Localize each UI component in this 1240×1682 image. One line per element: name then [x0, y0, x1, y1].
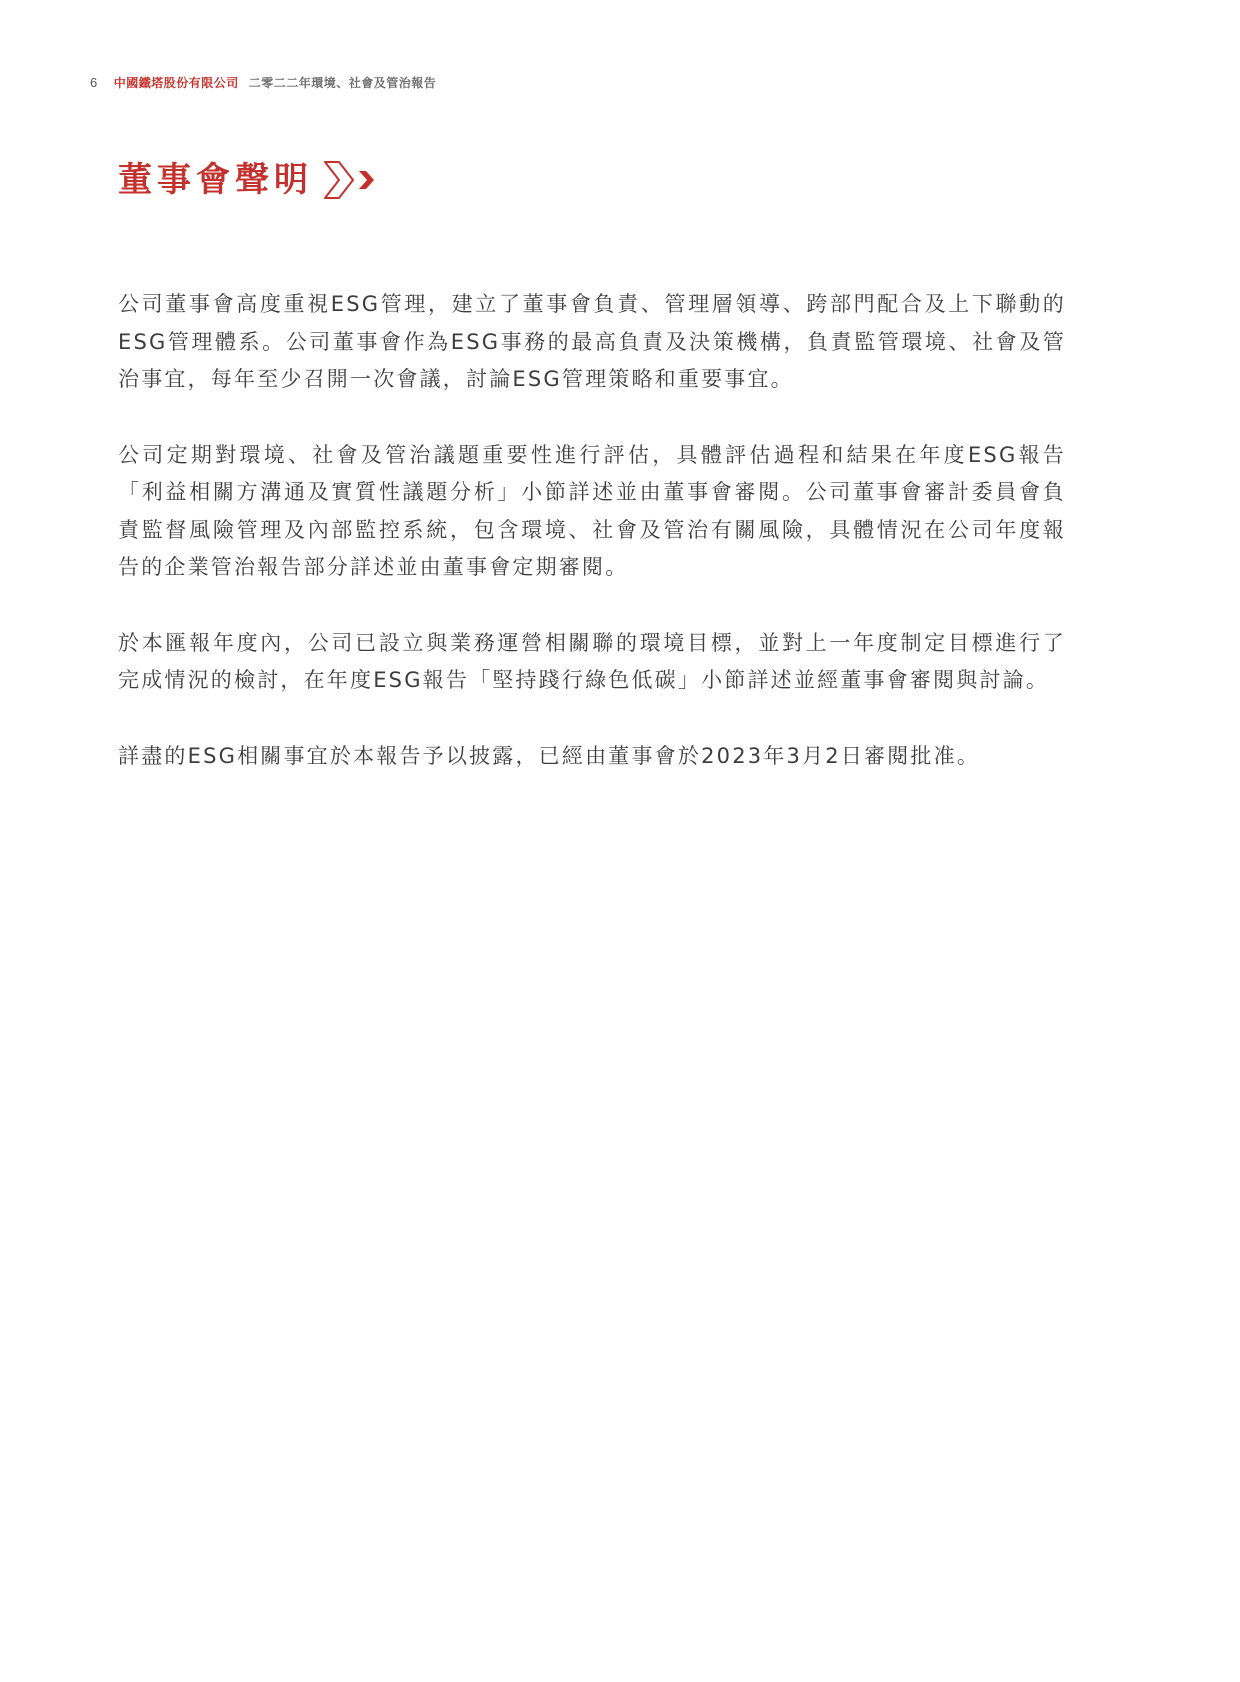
running-header: 6 中國鐵塔股份有限公司 二零二二年環境、社會及管治報告 — [90, 72, 436, 92]
paragraph-materiality-assessment: 公司定期對環境、社會及管治議題重要性進行評估，具體評估過程和結果在年度ESG報告… — [118, 437, 1066, 587]
section-heading: 董事會聲明 — [118, 156, 379, 204]
statement-body: 公司董事會高度重視ESG管理，建立了董事會負責、管理層領導、跨部門配合及上下聯動… — [118, 286, 1066, 813]
company-name: 中國鐵塔股份有限公司 — [114, 74, 239, 91]
paragraph-governance-structure: 公司董事會高度重視ESG管理，建立了董事會負責、管理層領導、跨部門配合及上下聯動… — [118, 286, 1066, 399]
paragraph-environmental-targets: 於本匯報年度內，公司已設立與業務運營相關聯的環境目標，並對上一年度制定目標進行了… — [118, 625, 1066, 700]
page-number: 6 — [90, 75, 98, 90]
page-title: 董事會聲明 — [118, 156, 313, 204]
paragraph-approval: 詳盡的ESG相關事宜於本報告予以披露，已經由董事會於2023年3月2日審閱批准。 — [118, 738, 1066, 776]
report-title: 二零二二年環境、社會及管治報告 — [249, 74, 437, 91]
double-chevron-right-icon — [321, 158, 379, 202]
